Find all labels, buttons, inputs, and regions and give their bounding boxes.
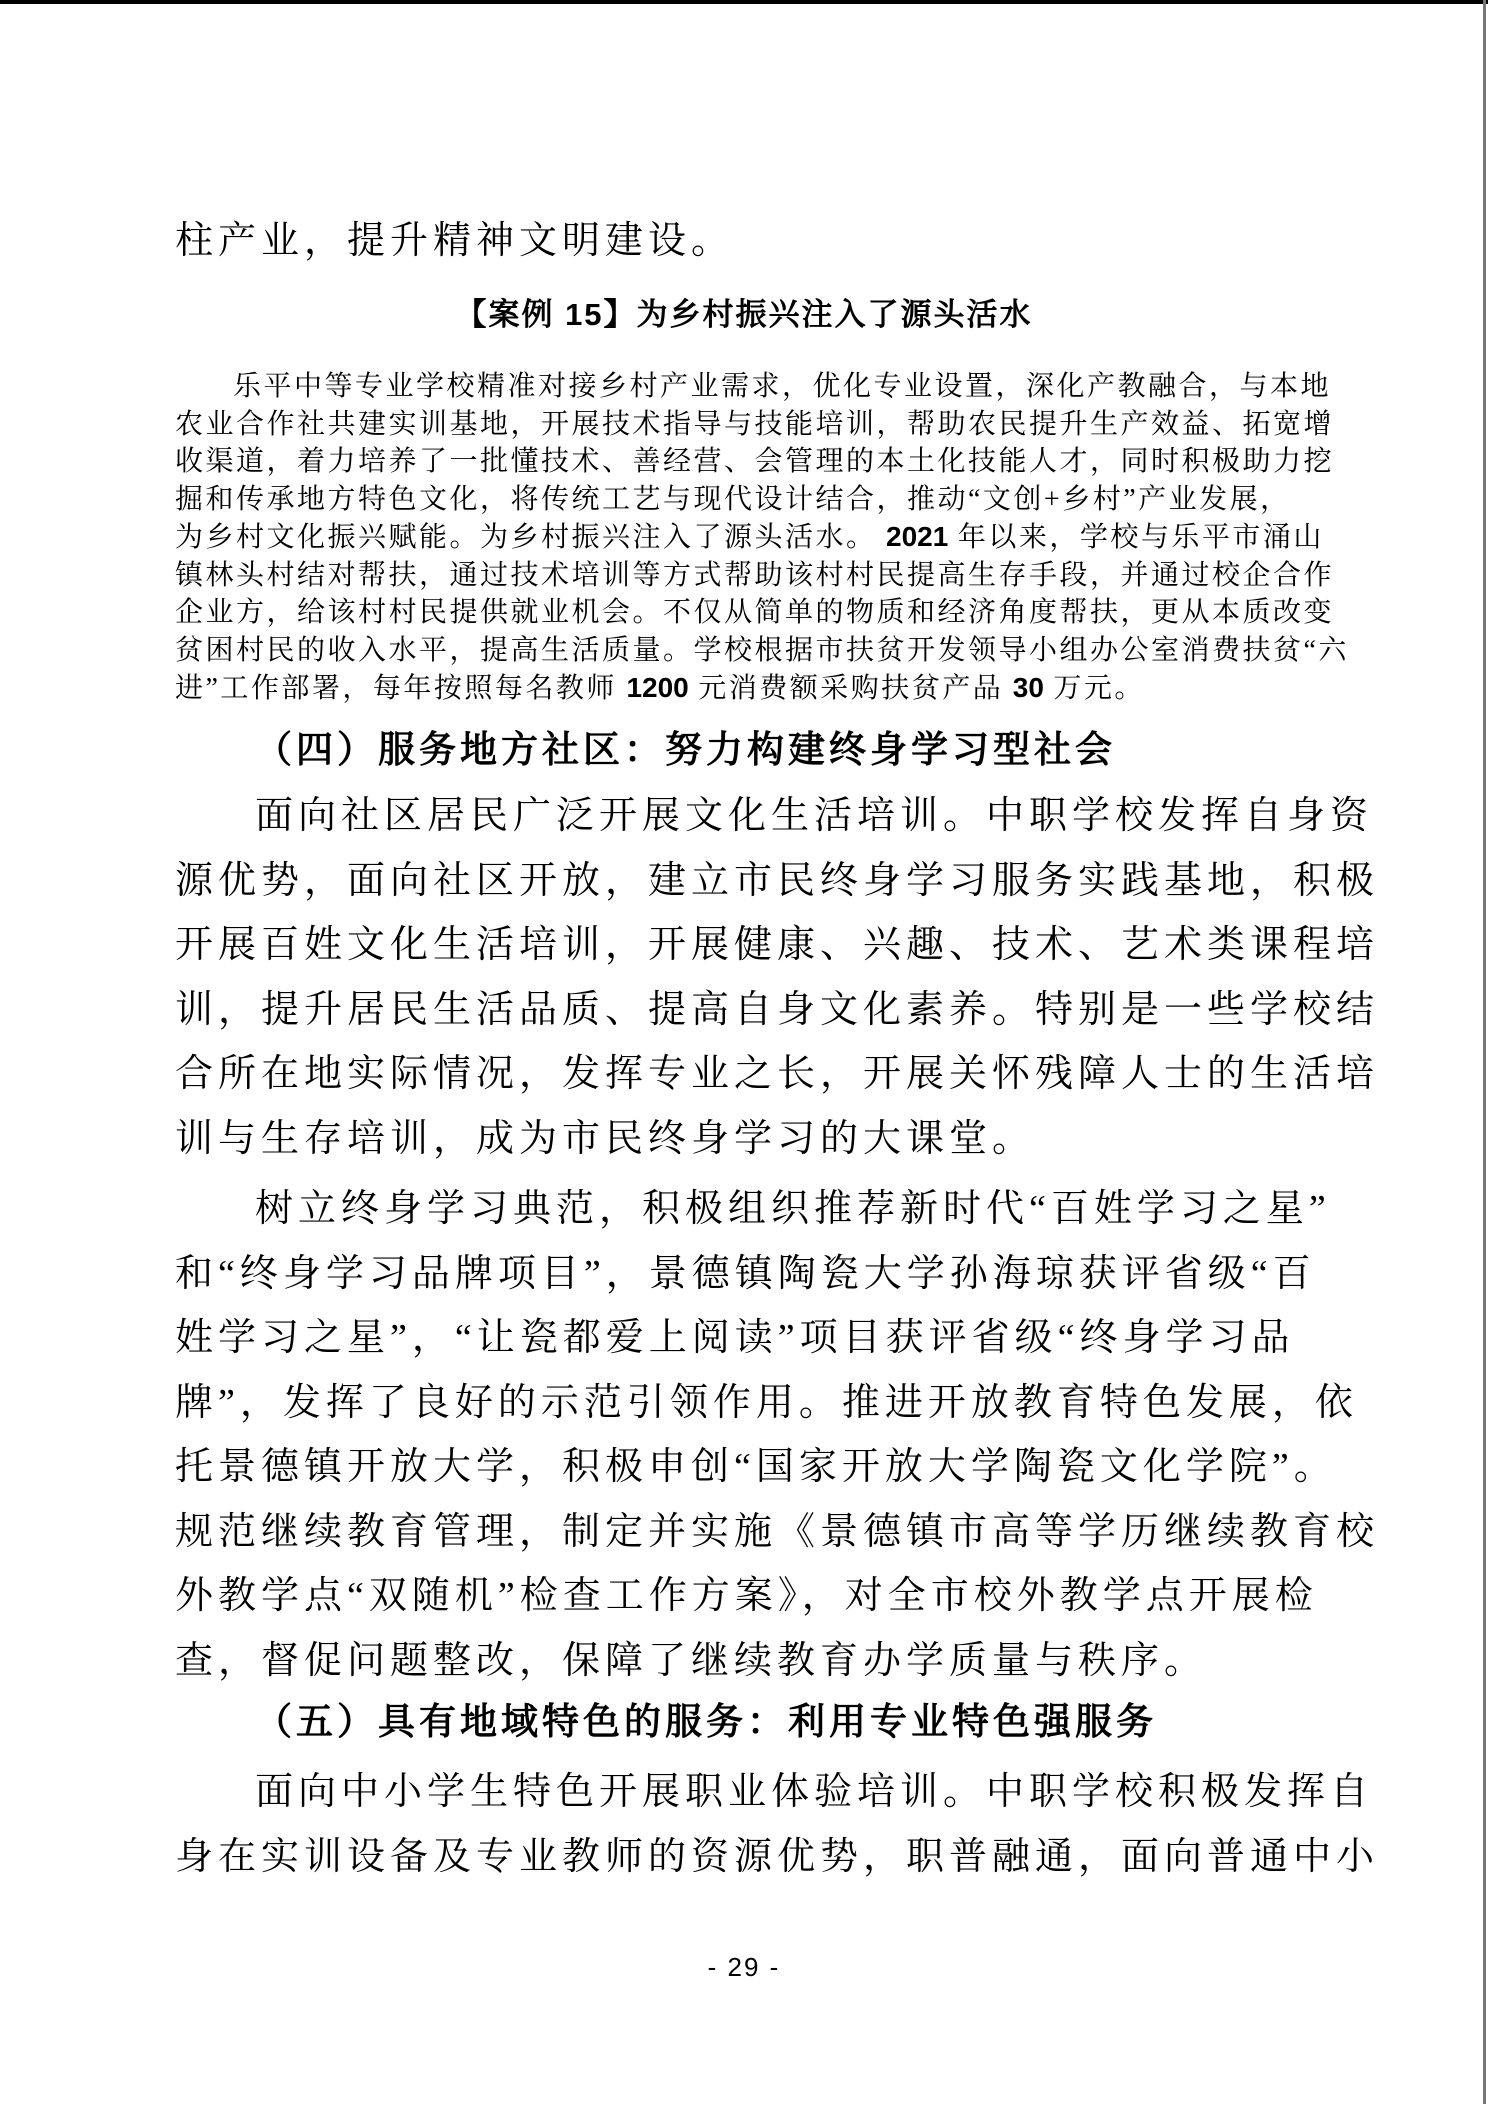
case-line: 乐平中等专业学校精准对接乡村产业需求，优化专业设置，深化产教融合，与本地 (175, 368, 1385, 406)
body-line: 面向社区居民广泛开展文化生活培训。中职学校发挥自身资 (175, 784, 1415, 849)
body-line: 外教学点“双随机”检查工作方案》，对全市校外教学点开展检 (175, 1564, 1415, 1629)
case-study-heading: 【案例 15】为乡村振兴注入了源头活水 (0, 295, 1488, 335)
section-five-paragraph-1: 面向中小学生特色开展职业体验培训。中职学校积极发挥自 身在实训设备及专业教师的资… (175, 1760, 1415, 1889)
section-four-heading: （四）服务地方社区：努力构建终身学习型社会 (175, 726, 1116, 774)
body-line: 牌”，发挥了良好的示范引领作用。推进开放教育特色发展，依 (175, 1371, 1415, 1436)
body-line: 开展百姓文化生活培训，开展健康、兴趣、技术、艺术类课程培 (175, 913, 1415, 978)
page-number: - 29 - (0, 1952, 1488, 1982)
case-line: 进”工作部署，每年按照每名教师 1200 元消费额采购扶贫产品 30 万元。 (175, 669, 1385, 708)
case-line: 企业方，给该村村民提供就业机会。不仅从简单的物质和经济角度帮扶，更从本质改变 (175, 594, 1385, 632)
body-line: 训与生存培训，成为市民终身学习的大课堂。 (175, 1107, 1415, 1172)
section-five-heading: （五）具有地域特色的服务：利用专业特色强服务 (175, 1698, 1157, 1746)
case-line: 掘和传承地方特色文化，将传统工艺与现代设计结合，推动“文创+乡村”产业发展， (175, 481, 1385, 519)
body-line: 托景德镇开放大学，积极申创“国家开放大学陶瓷文化学院”。 (175, 1435, 1415, 1500)
body-line: 身在实训设备及专业教师的资源优势，职普融通，面向普通中小 (175, 1825, 1415, 1890)
body-line: 查，督促问题整改，保障了继续教育办学质量与秩序。 (175, 1629, 1415, 1694)
continuation-line: 柱产业，提升精神文明建设。 (175, 217, 734, 265)
case-line: 农业合作社共建实训基地，开展技术指导与技能培训，帮助农民提升生产效益、拓宽增 (175, 406, 1385, 444)
section-four-paragraph-2: 树立终身学习典范，积极组织推荐新时代“百姓学习之星” 和“终身学习品牌项目”，景… (175, 1177, 1415, 1693)
body-line: 和“终身学习品牌项目”，景德镇陶瓷大学孙海琼获评省级“百 (175, 1242, 1415, 1307)
top-border-bar (0, 0, 1488, 4)
document-page: 柱产业，提升精神文明建设。 【案例 15】为乡村振兴注入了源头活水 乐平中等专业… (0, 0, 1488, 2104)
body-line: 规范继续教育管理，制定并实施《景德镇市高等学历继续教育校 (175, 1500, 1415, 1565)
body-line: 姓学习之星”，“让瓷都爱上阅读”项目获评省级“终身学习品 (175, 1306, 1415, 1371)
body-line: 合所在地实际情况，发挥专业之长，开展关怀残障人士的生活培 (175, 1042, 1415, 1107)
body-line: 面向中小学生特色开展职业体验培训。中职学校积极发挥自 (175, 1760, 1415, 1825)
case-line: 收渠道，着力培养了一批懂技术、善经营、会管理的本土化技能人才，同时积极助力挖 (175, 443, 1385, 481)
body-line: 训，提升居民生活品质、提高自身文化素养。特别是一些学校结 (175, 978, 1415, 1043)
case-line: 贫困村民的收入水平，提高生活质量。学校根据市扶贫开发领导小组办公室消费扶贫“六 (175, 632, 1385, 670)
body-line: 源优势，面向社区开放，建立市民终身学习服务实践基地，积极 (175, 849, 1415, 914)
case-line: 镇林头村结对帮扶，通过技术培训等方式帮助该村村民提高生存手段，并通过校企合作 (175, 557, 1385, 595)
section-four-paragraph-1: 面向社区居民广泛开展文化生活培训。中职学校发挥自身资 源优势，面向社区开放，建立… (175, 784, 1415, 1171)
case-line: 为乡村文化振兴赋能。为乡村振兴注入了源头活水。 2021 年以来，学校与乐平市涌… (175, 518, 1385, 557)
case-study-paragraph: 乐平中等专业学校精准对接乡村产业需求，优化专业设置，深化产教融合，与本地 农业合… (175, 368, 1385, 708)
body-line: 树立终身学习典范，积极组织推荐新时代“百姓学习之星” (175, 1177, 1415, 1242)
